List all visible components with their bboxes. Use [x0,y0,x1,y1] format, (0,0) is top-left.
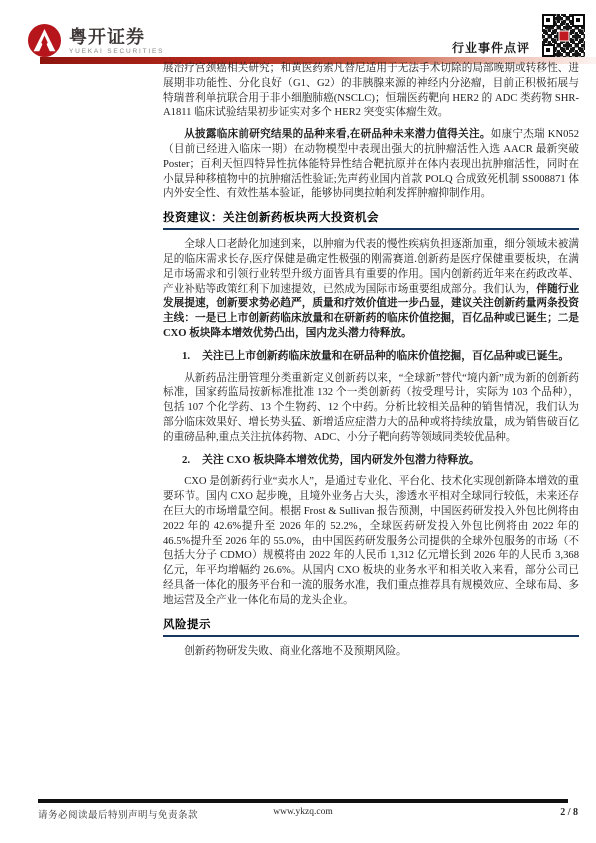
brand-subtitle: YUEKAI SECURITIES [69,48,164,55]
section-heading-investment: 投资建议：关注创新药板块两大投资机会 [163,209,579,230]
footer-website-link[interactable]: www.ykzq.com [38,807,568,817]
list-item-2-title: 关注 CXO 板块降本增效优势，国内研发外包潜力待释放。 [202,453,480,468]
footer-rule [38,799,568,803]
report-page: 粤开证券 YUEKAI SECURITIES 行业事件点评 展治疗宫颈癌相关研究… [0,0,596,843]
yuekai-logo-icon [27,23,62,58]
list-item-1-heading: 1.关注已上市创新药临床放量和在研品种的临床价值挖掘，百亿品种或已诞生。 [163,349,579,364]
qr-finder-bottom-left [542,44,555,57]
list-item-1-number: 1. [182,349,190,364]
brand-logo: 粤开证券 YUEKAI SECURITIES [27,23,164,58]
report-body: 展治疗宫颈癌相关研究；和黄医药索凡替尼适用于无法手术切除的局部晚期或转移性、进展… [163,62,579,666]
list-item-2-heading: 2.关注 CXO 板块降本增效优势，国内研发外包潜力待释放。 [163,453,579,468]
para-risk: 创新药物研发失败、商业化落地不及预期风险。 [163,645,579,660]
para-industry: 全球人口老龄化加速到来，以肿瘤为代表的慢性疾病负担逐渐加重，细分领域未被满足的临… [163,238,579,342]
para-item-1: 从新药品注册管理分类重新定义创新药以来，“全球新”替代“境内新”成为新的创新药标… [163,372,579,446]
para-continuation: 展治疗宫颈癌相关研究；和黄医药索凡替尼适用于无法手术切除的局部晚期或转移性、进展… [163,62,579,121]
para-industry-lead: 全球人口老龄化加速到来，以肿瘤为代表的慢性疾病负担逐渐加重，细分领域未被满足的临… [163,239,579,294]
qr-code-icon [540,12,587,59]
para-preclinical: 从披露临床前研究结果的品种来看,在研品种未来潜力值得关注。如康宁杰瑞 KN052… [163,128,579,202]
footer-page-number: 2 / 8 [560,807,578,818]
qr-finder-top-right [572,14,585,27]
qr-finder-top-left [542,14,555,27]
list-item-2-number: 2. [182,453,190,468]
section-heading-risk: 风险提示 [163,616,579,637]
qr-center-logo [558,30,569,41]
para-preclinical-lead: 从披露临床前研究结果的品种来看,在研品种未来潜力值得关注。 [184,129,491,140]
brand-name: 粤开证券 [69,27,164,47]
report-type-label: 行业事件点评 [452,39,530,56]
para-item-2: CXO 是创新药行业“卖水人”，是通过专业化、平台化、技术化实现创新降本增效的重… [163,475,579,608]
list-item-1-title: 关注已上市创新药临床放量和在研品种的临床价值挖掘，百亿品种或已诞生。 [202,349,569,364]
